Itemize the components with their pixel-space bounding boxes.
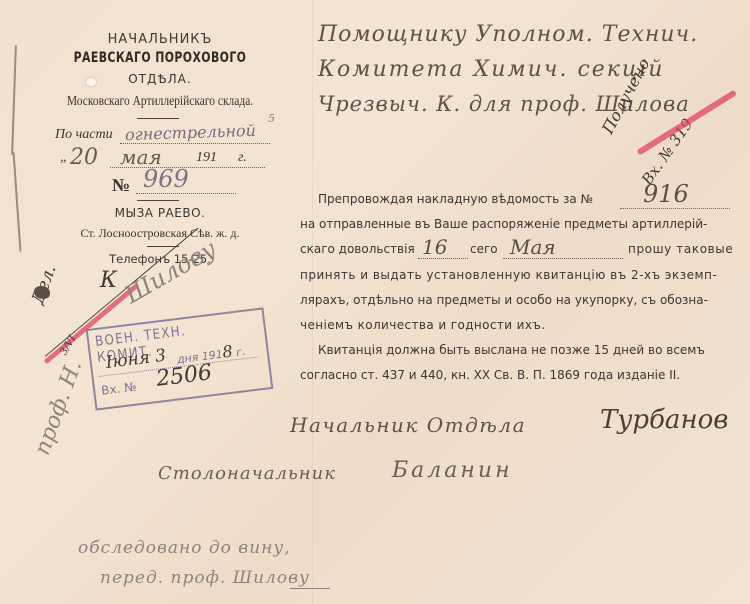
body-para1-line5: лярахъ, отдѣльно на предметы и особо на …	[300, 293, 708, 307]
margin-side-note: Дел.	[28, 262, 61, 307]
bottom-note-line1: обследовано до вину,	[78, 538, 291, 558]
invoice-number: 916	[643, 180, 689, 208]
received-note-line2: Вх. № 319	[638, 115, 697, 188]
body-para2-line2: согласно ст. 437 и 440, кн. XX Св. В. П.…	[300, 368, 680, 382]
body-para1-line1: Препровождая накладную вѣдомость за №	[318, 192, 593, 206]
incoming-stamp: ВОЕН. ТЕХН. КОМИТ. Іюня 3 дня 1918 г. Вх…	[86, 307, 274, 410]
body-para1-line6: ченіемъ количества и годности ихъ.	[300, 318, 545, 332]
body-para1-line4: принять и выдать установленную квитанцію…	[300, 268, 717, 282]
number-value: 969	[143, 165, 189, 193]
body-para1-line3-prefix: скаго довольствія	[300, 242, 415, 256]
body-para1-line3-suffix: прошу таковые	[628, 242, 733, 256]
margin-initial: К	[100, 268, 117, 293]
stamp-incoming-label: Вх. №	[100, 379, 137, 397]
chief-title: Начальник Отдѣла	[290, 413, 526, 437]
date-suffix: г.	[238, 150, 247, 166]
date-year: 191	[196, 150, 217, 166]
number-rule	[137, 200, 179, 201]
letterhead-warehouse: Московскаго Артиллерійскаго склада.	[62, 94, 259, 110]
clerk-title: Столоначальник	[158, 463, 336, 484]
body-para1-line2: на отправленные въ Ваше распоряженіе пре…	[300, 217, 707, 231]
letterhead-location: МЫЗА РАЕВО.	[40, 206, 280, 220]
invoice-dotline	[620, 208, 730, 209]
margin-vertical-note: проф. Н.	[30, 357, 87, 458]
bottom-note-line2: перед. проф. Шилову	[100, 568, 310, 588]
ink-blot	[34, 286, 50, 299]
letterhead-station: Ст. Лосноостровская Сѣв. ж. д.	[40, 226, 280, 241]
bottom-note-underline	[290, 588, 330, 589]
addressee-line1: Помощнику Уполном. Технич.	[318, 22, 698, 47]
letterhead-title: НАЧАЛЬНИКЪ	[40, 32, 280, 47]
chief-signature: Турбанов	[600, 405, 728, 435]
clerk-signature: Баланин	[392, 458, 513, 483]
addressee-line2: Комитета Химич. секцій	[318, 57, 664, 82]
letterhead-rule	[137, 118, 179, 119]
date-day: 20	[70, 145, 98, 170]
body-para2-line1: Квитанція должна быть выслана не позже 1…	[318, 343, 705, 357]
binding-string-upper	[11, 45, 17, 155]
part-value: огнестрельной	[125, 121, 257, 145]
day-value: 16	[422, 235, 447, 259]
letterhead-section: ОТДѢЛА.	[40, 72, 280, 86]
stamp-incoming-number: 2506	[155, 360, 214, 392]
part-label: По части	[55, 127, 113, 143]
month-value: Мая	[510, 235, 556, 259]
letterhead-department: РАЕВСКАГО ПОРОХОВОГО	[66, 50, 253, 66]
binding-string-lower	[13, 152, 22, 252]
margin-date-note: 3/VI	[58, 334, 78, 358]
part-superscript: 5	[268, 112, 275, 125]
number-label: №	[112, 175, 130, 196]
body-para1-line3-middle: сего	[470, 242, 498, 256]
number-dotline	[136, 193, 236, 194]
date-quote: „	[60, 150, 68, 166]
